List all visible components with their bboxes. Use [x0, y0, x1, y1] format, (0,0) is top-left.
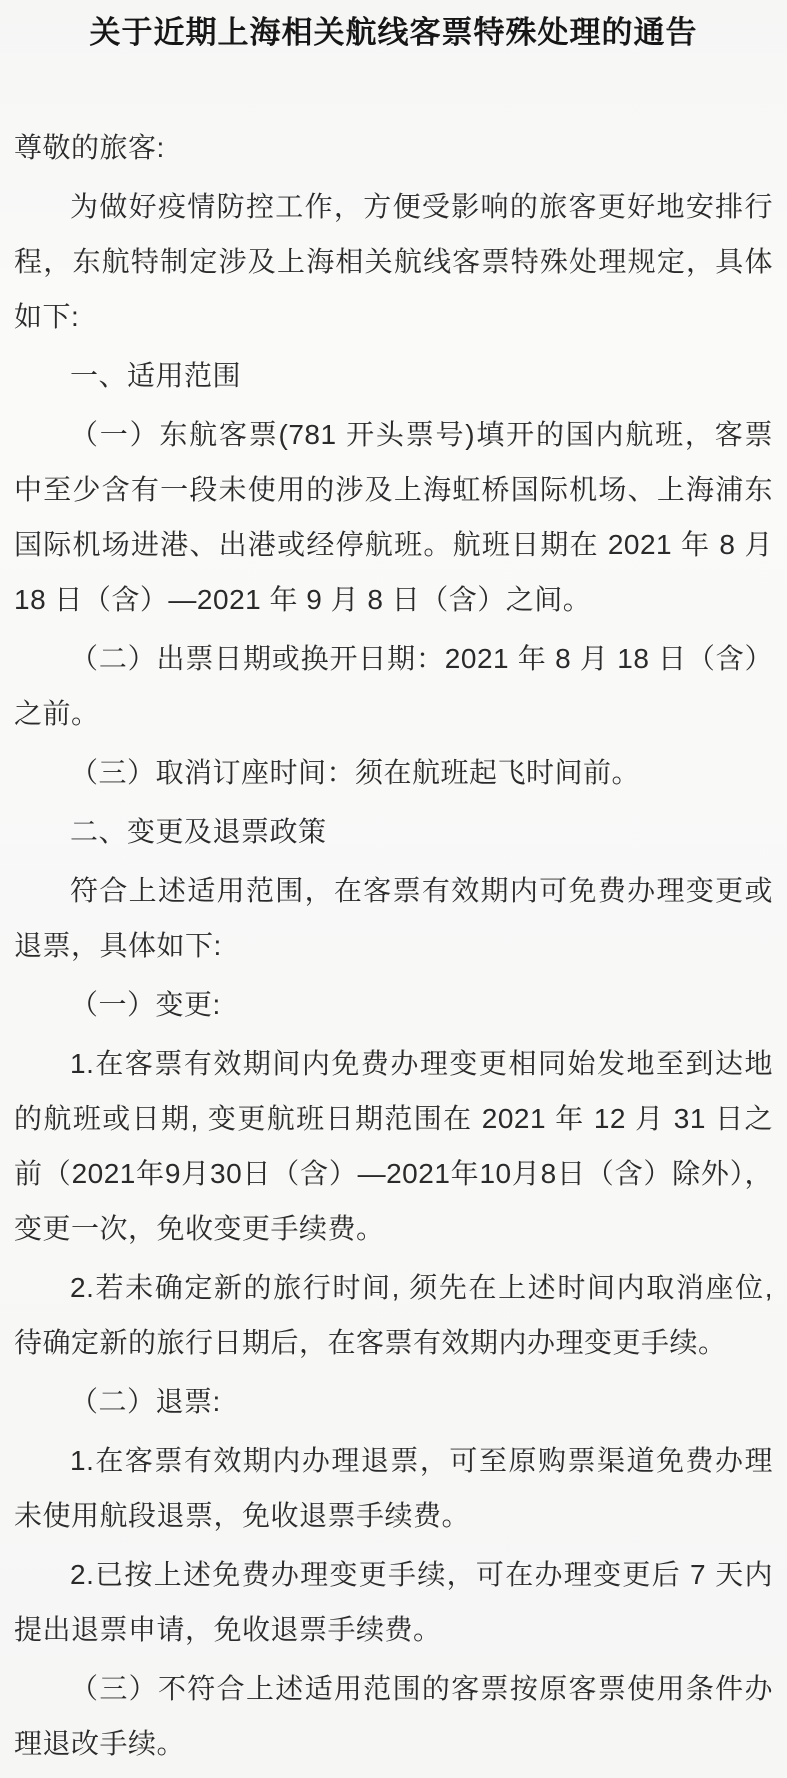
paragraph: （三）不符合上述适用范围的客票按原客票使用条件办理退改手续。 [14, 1661, 773, 1771]
paragraph: （一）变更: [14, 977, 773, 1032]
paragraph: 1.在客票有效期间内免费办理变更相同始发地至到达地的航班或日期, 变更航班日期范… [14, 1036, 773, 1256]
paragraph: （二）退票: [14, 1374, 773, 1429]
paragraph: 2.已按上述免费办理变更手续，可在办理变更后 7 天内提出退票申请，免收退票手续… [14, 1547, 773, 1657]
paragraph: 为做好疫情防控工作，方便受影响的旅客更好地安排行程，东航特制定涉及上海相关航线客… [14, 179, 773, 344]
section-heading: 二、变更及退票政策 [14, 804, 773, 859]
document-body: 尊敬的旅客:为做好疫情防控工作，方便受影响的旅客更好地安排行程，东航特制定涉及上… [14, 120, 773, 1771]
section-heading: 一、适用范围 [14, 348, 773, 403]
paragraph: 2.若未确定新的旅行时间, 须先在上述时间内取消座位, 待确定新的旅行日期后，在… [14, 1260, 773, 1370]
paragraph: （三）取消订座时间：须在航班起飞时间前。 [14, 745, 773, 800]
notice-document: 关于近期上海相关航线客票特殊处理的通告 尊敬的旅客:为做好疫情防控工作，方便受影… [0, 0, 787, 1778]
paragraph: （二）出票日期或换开日期：2021 年 8 月 18 日（含）之前。 [14, 631, 773, 741]
paragraph: （一）东航客票(781 开头票号)填开的国内航班，客票中至少含有一段未使用的涉及… [14, 407, 773, 627]
document-title: 关于近期上海相关航线客票特殊处理的通告 [14, 8, 773, 56]
paragraph: 符合上述适用范围，在客票有效期内可免费办理变更或退票，具体如下: [14, 863, 773, 973]
paragraph: 1.在客票有效期内办理退票，可至原购票渠道免费办理未使用航段退票，免收退票手续费… [14, 1433, 773, 1543]
salutation: 尊敬的旅客: [14, 120, 773, 175]
